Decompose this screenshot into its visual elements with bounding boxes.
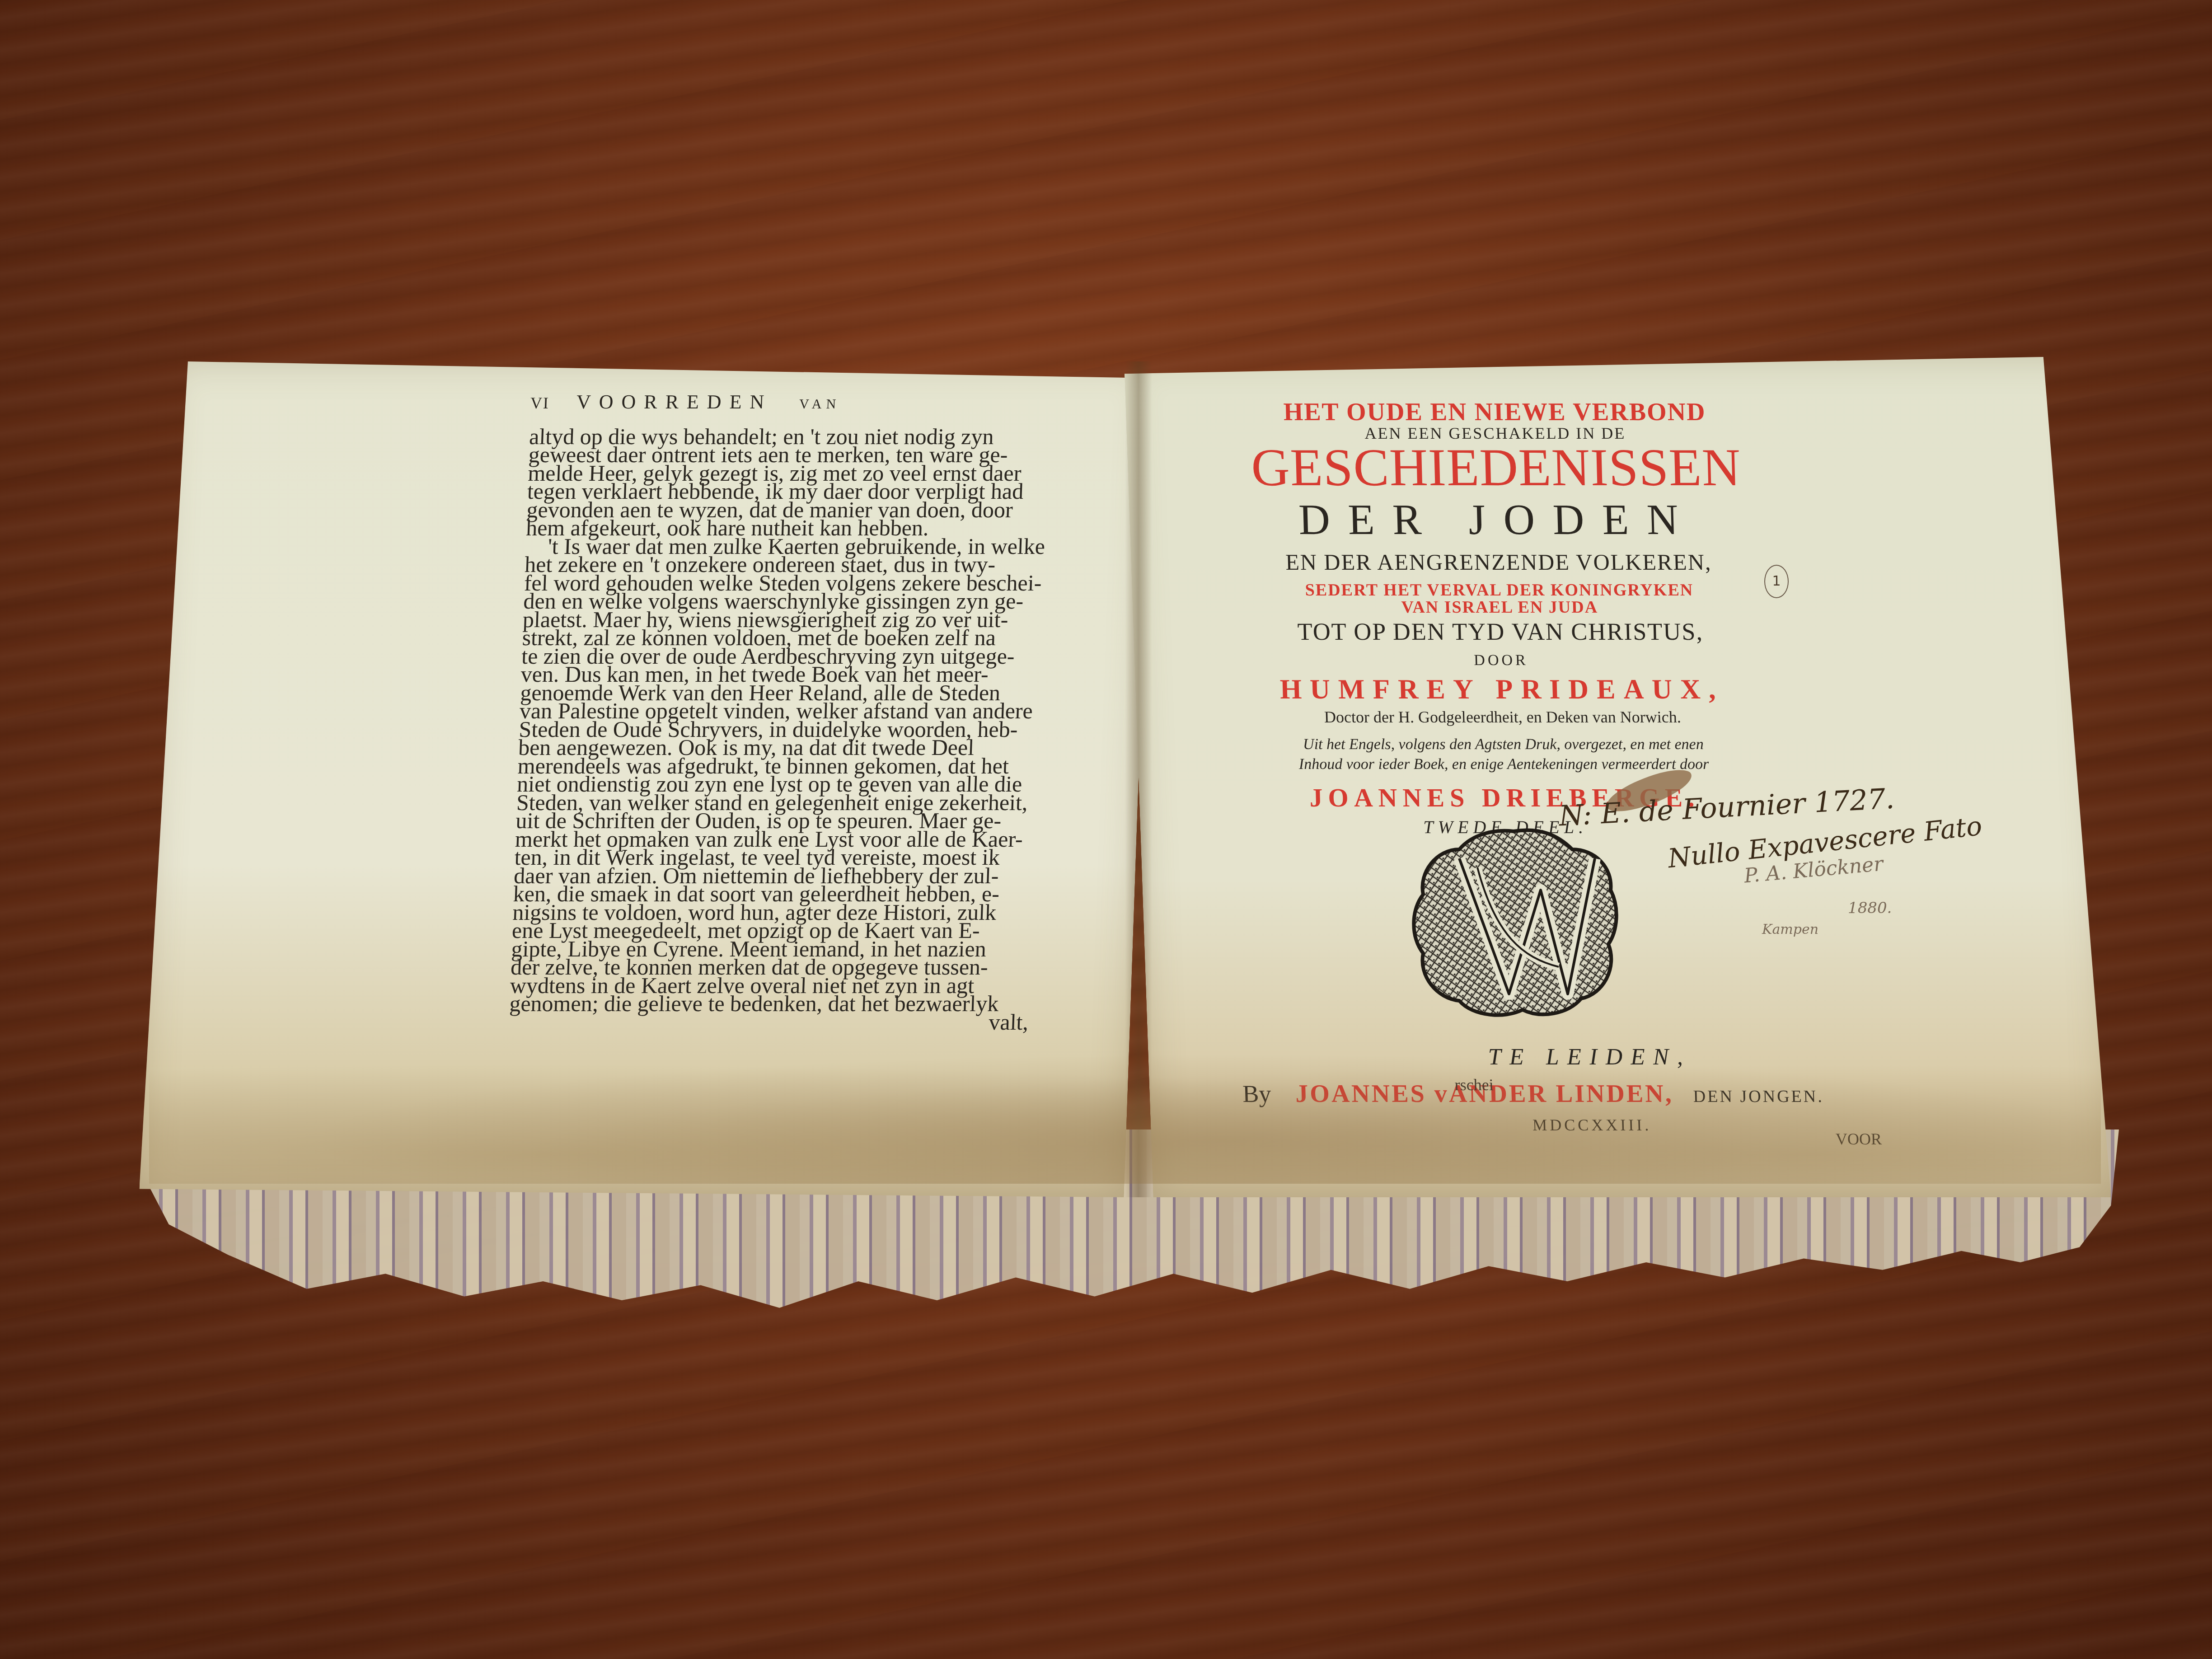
title-line-5: EN DER AENGRENZENDE VOLKEREN, bbox=[1182, 549, 1815, 575]
translation-note-2: Inhoud voor ieder Boek, en enige Aenteke… bbox=[1187, 755, 1820, 774]
title-red-1: SEDERT HET VERVAL DER KONINGRYKEN bbox=[1183, 581, 1816, 599]
book-gutter bbox=[1125, 361, 1152, 1197]
left-page-text: VI VOORREDEN VAN altyd op die wys behand… bbox=[508, 393, 1059, 1031]
translation-note-1: Uit het Engels, volgens den Agtsten Druk… bbox=[1187, 735, 1820, 755]
handwritten-place: Kampen bbox=[1762, 922, 1818, 937]
title-page: HET OUDE EN NIEWE VERBOND AEN EEN GESCHA… bbox=[1178, 398, 1822, 838]
imprint-by: By bbox=[1242, 1080, 1271, 1107]
text-line: genomen; die gelieve te bedenken, dat he… bbox=[509, 994, 1038, 1013]
bleed-through-text: VOOR bbox=[1835, 1129, 1882, 1148]
running-head-small: VAN bbox=[799, 395, 841, 414]
title-main: GESCHIEDENISSEN bbox=[1179, 443, 1813, 492]
imprint-publisher-line: By JOANNES vANDER LINDEN, DEN JONGEN. bbox=[1242, 1079, 1921, 1108]
title-sub: DER JODEN bbox=[1181, 494, 1814, 544]
imprint: TE LEIDEN, By JOANNES vANDER LINDEN, DEN… bbox=[1241, 1044, 1921, 1134]
title-red-2: VAN ISRAEL EN JUDA bbox=[1183, 599, 1816, 616]
running-head-title: VOORREDEN bbox=[576, 393, 773, 412]
printers-device-ornament bbox=[1405, 822, 1622, 1021]
imprint-year: MDCCXXIII. bbox=[1243, 1115, 1921, 1134]
author-credentials: Doctor der H. Godgeleerdheit, en Deken v… bbox=[1186, 708, 1819, 726]
photo-scene: VI VOORREDEN VAN altyd op die wys behand… bbox=[0, 0, 2212, 1659]
imprint-suffix: DEN JONGEN. bbox=[1693, 1087, 1824, 1106]
bleed-through-text: rschei bbox=[1454, 1075, 1494, 1094]
margin-annotation: 1 bbox=[1764, 565, 1789, 598]
title-line-1: HET OUDE EN NIEWE VERBOND bbox=[1178, 398, 1811, 426]
author-name: HUMFREY PRIDEAUX, bbox=[1185, 674, 1818, 706]
by-label: DOOR bbox=[1185, 652, 1818, 669]
imprint-city: TE LEIDEN, bbox=[1241, 1044, 1920, 1070]
page-number: VI bbox=[530, 394, 549, 412]
running-head: VI VOORREDEN VAN bbox=[530, 393, 1059, 414]
handwritten-year: 1880. bbox=[1848, 899, 1892, 917]
title-line-7: TOT OP DEN TYD VAN CHRISTUS, bbox=[1184, 618, 1817, 646]
